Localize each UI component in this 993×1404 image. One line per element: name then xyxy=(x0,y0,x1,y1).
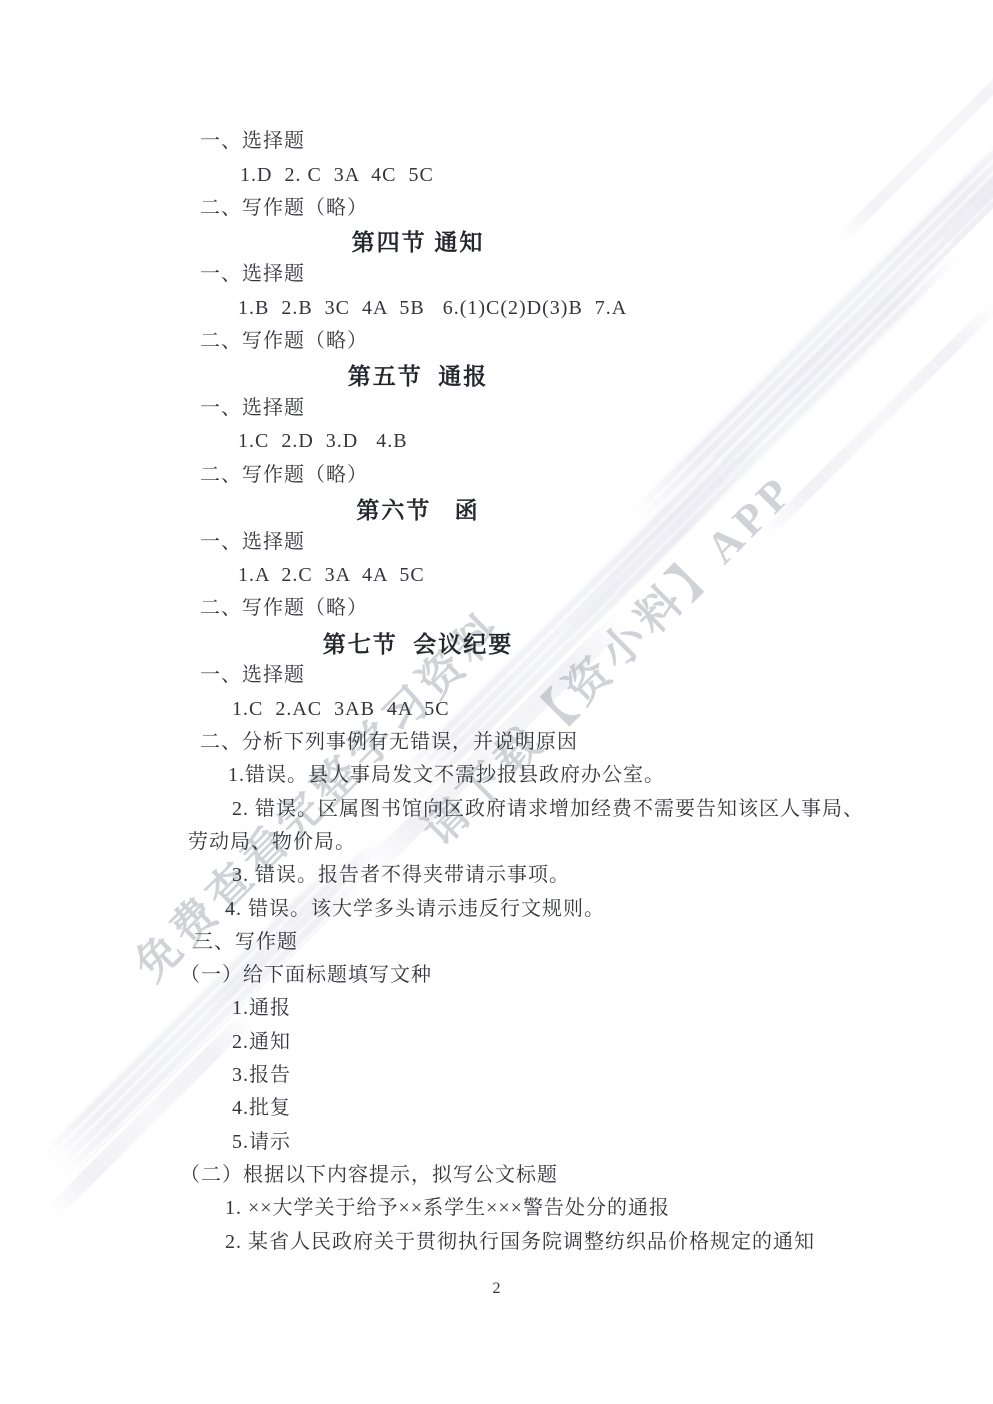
answers-line: 1.C 2.D 3.D 4.B xyxy=(238,430,408,453)
list-item-choice: 一、选择题 xyxy=(200,263,305,286)
case-item: 1.错误。县人事局发文不需抄报县政府办公室。 xyxy=(228,764,665,787)
list-item-choice: 一、选择题 xyxy=(200,130,305,153)
case-item: 2. 错误。区属图书馆向区政府请求增加经费不需要告知该区人事局、 xyxy=(232,798,864,821)
list-item-writing: 二、写作题（略） xyxy=(200,197,368,220)
list-item: 3.报告 xyxy=(232,1064,291,1087)
section-title: 第五节 通报 xyxy=(0,358,836,391)
list-item-choice: 一、选择题 xyxy=(200,531,305,554)
case-item: 3. 错误。报告者不得夹带请示事项。 xyxy=(232,864,570,887)
list-item-writing: 二、写作题（略） xyxy=(200,597,368,620)
list-item-writing: 三、写作题 xyxy=(193,931,298,954)
answer-key-content: 一、选择题 1.D 2. C 3A 4C 5C 二、写作题（略） 第四节 通知 … xyxy=(0,0,993,1404)
answers-line: 1.A 2.C 3A 4A 5C xyxy=(238,564,425,587)
list-item: 1.通报 xyxy=(232,997,291,1020)
list-item-analysis: 二、分析下列事例有无错误，并说明原因 xyxy=(200,731,578,754)
case-item-continuation: 劳动局、物价局。 xyxy=(188,831,356,854)
list-item: 2. 某省人民政府关于贯彻执行国务院调整纺织品价格规定的通知 xyxy=(225,1231,815,1254)
list-item-writing: 二、写作题（略） xyxy=(200,330,368,353)
sub-question-title: （二）根据以下内容提示，拟写公文标题 xyxy=(180,1164,558,1187)
answers-line: 1.B 2.B 3C 4A 5B 6.(1)C(2)D(3)B 7.A xyxy=(238,297,627,320)
list-item-writing: 二、写作题（略） xyxy=(200,464,368,487)
list-item-choice: 一、选择题 xyxy=(200,664,305,687)
answers-line: 1.D 2. C 3A 4C 5C xyxy=(240,164,434,187)
section-title: 第六节 函 xyxy=(0,492,836,525)
document-page: 免费查看完整学习资料 请下载【资小料】APP 一、选择题 1.D 2. C 3A… xyxy=(0,0,993,1404)
list-item: 4.批复 xyxy=(232,1097,291,1120)
list-item-choice: 一、选择题 xyxy=(200,397,305,420)
section-title: 第四节 通知 xyxy=(0,224,836,257)
sub-question-title: （一）给下面标题填写文种 xyxy=(180,964,432,987)
answers-line: 1.C 2.AC 3AB 4A 5C xyxy=(232,698,450,721)
page-number: 2 xyxy=(0,1280,993,1298)
list-item: 1. ××大学关于给予××系学生×××警告处分的通报 xyxy=(225,1197,670,1220)
case-item: 4. 错误。该大学多头请示违反行文规则。 xyxy=(225,898,605,921)
list-item: 2.通知 xyxy=(232,1031,291,1054)
list-item: 5.请示 xyxy=(232,1131,291,1154)
section-title: 第七节 会议纪要 xyxy=(0,626,836,659)
